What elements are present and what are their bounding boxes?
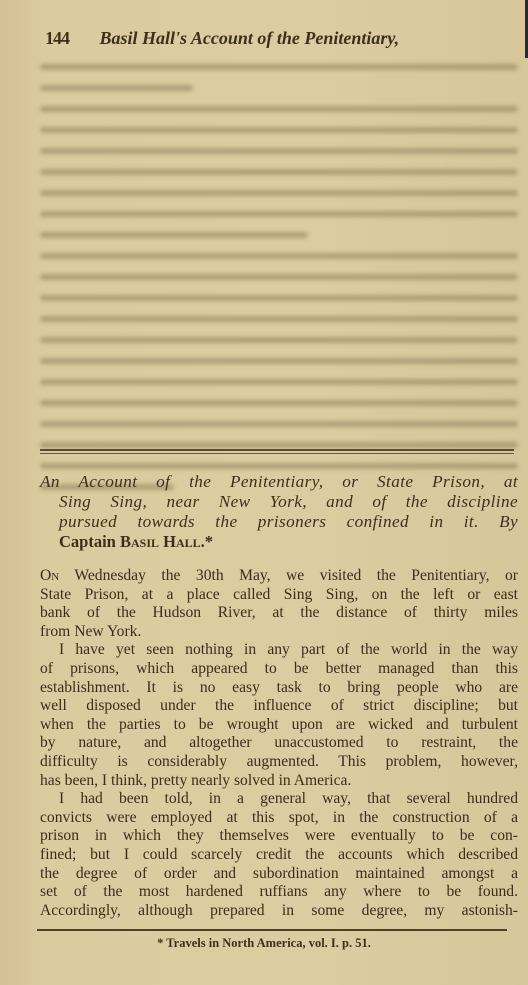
footnote-divider xyxy=(37,929,507,931)
paragraph: I have yet seen nothing in any part of t… xyxy=(40,641,518,790)
text-line: On Wednesday the 30th May, we visited th… xyxy=(40,567,518,586)
paragraph: On Wednesday the 30th May, we visited th… xyxy=(40,567,518,641)
byline: Captain Basil Hall.* xyxy=(40,532,213,551)
page-number: 144 xyxy=(45,28,69,48)
text-line: establishment. It is no easy task to bri… xyxy=(40,679,518,698)
text-line: State Prison, at a place called Sing Sin… xyxy=(40,586,518,605)
running-head-title: Basil Hall's Account of the Penitentiary… xyxy=(100,28,400,48)
text-line: set of the most hardened ruffians any wh… xyxy=(40,883,518,902)
text-line: fined; but I could scarcely credit the a… xyxy=(40,846,518,865)
text-line: well disposed under the influence of str… xyxy=(40,697,518,716)
text-line: prison in which they themselves were eve… xyxy=(40,827,518,846)
text-line: bank of the Hudson River, at the distanc… xyxy=(40,604,518,623)
drop-cap: On xyxy=(40,567,59,584)
text-line: the degree of order and subordination ma… xyxy=(40,865,518,884)
title-line: pursued towards the prisoners confined i… xyxy=(40,512,518,532)
article-title: An Account of the Penitentiary, or State… xyxy=(40,472,518,552)
paragraph: I had been told, in a general way, that … xyxy=(40,790,518,920)
title-line: Sing Sing, near New York, and of the dis… xyxy=(40,492,518,512)
footnote: * Travels in North America, vol. I. p. 5… xyxy=(0,936,528,951)
text-line: I have yet seen nothing in any part of t… xyxy=(40,641,518,660)
book-page: 144 Basil Hall's Account of the Penitent… xyxy=(0,0,528,985)
article-body: On Wednesday the 30th May, we visited th… xyxy=(40,567,518,920)
section-divider xyxy=(40,449,514,454)
text-line: difficulty is considerably augmented. Th… xyxy=(40,753,518,772)
text-line: when the parties to be wrought upon are … xyxy=(40,716,518,735)
text-line: has been, I think, pretty nearly solved … xyxy=(40,772,518,791)
text-line: of prisons, which appeared to be better … xyxy=(40,660,518,679)
text-line: Accordingly, although prepared in some d… xyxy=(40,902,518,921)
text-line: I had been told, in a general way, that … xyxy=(40,790,518,809)
text-line: by nature, and altogether unaccustomed t… xyxy=(40,734,518,753)
blurred-text-block xyxy=(40,64,518,424)
text-line: convicts were employed at this spot, in … xyxy=(40,809,518,828)
title-line: An Account of the Penitentiary, or State… xyxy=(40,472,518,492)
running-head: 144 Basil Hall's Account of the Penitent… xyxy=(45,28,508,49)
text-line: from New York. xyxy=(40,623,518,642)
